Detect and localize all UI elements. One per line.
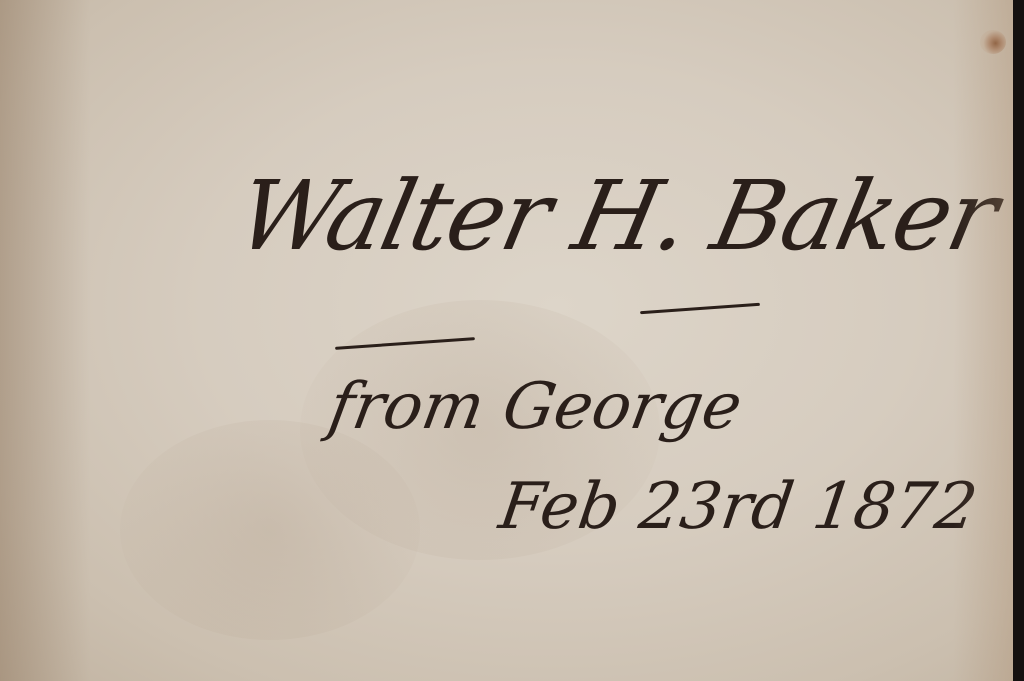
paper-smudge <box>120 420 420 640</box>
book-page: Walter H. Baker from George Feb 23rd 187… <box>0 0 1013 681</box>
signature-underline <box>640 303 760 314</box>
date-line: Feb 23rd 1872 <box>495 470 982 544</box>
from-line: from George <box>323 370 747 444</box>
book-spine-edge <box>1013 0 1024 681</box>
foxing-stain <box>980 30 1006 54</box>
signature-name: Walter H. Baker <box>228 160 1005 272</box>
